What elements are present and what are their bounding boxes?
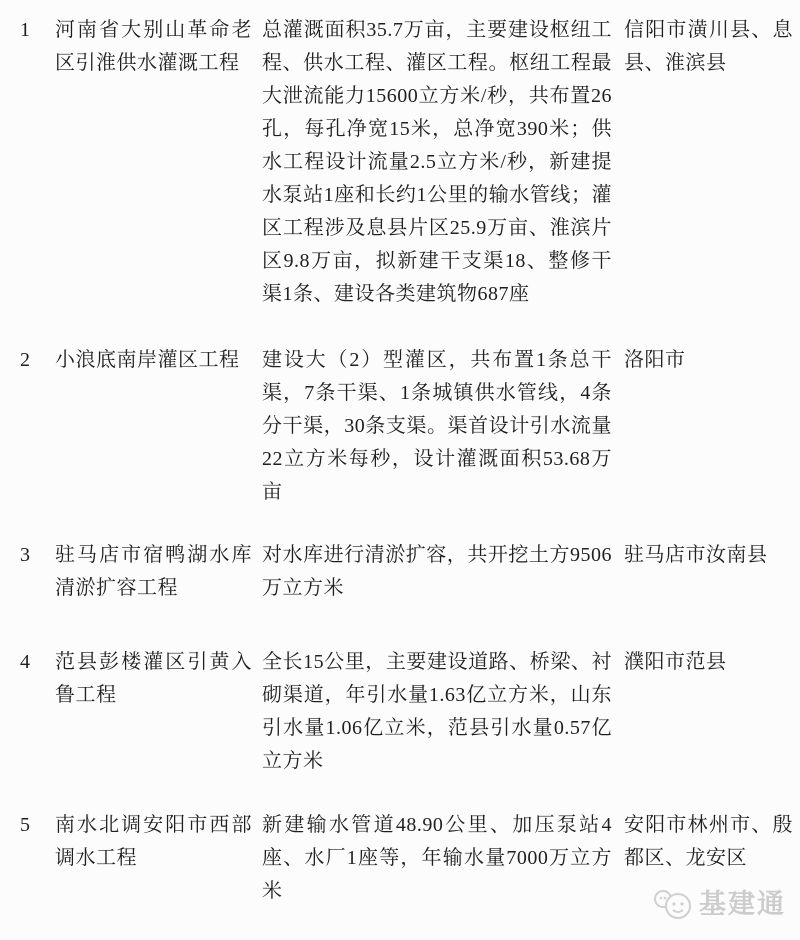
project-location: 濮阳市范县 bbox=[622, 646, 795, 778]
table-row: 2 小浪底南岸灌区工程 建设大（2）型灌区，共布置1条总干渠，7条干渠、1条城镇… bbox=[20, 344, 795, 509]
jijiantong-logo-icon bbox=[652, 887, 694, 921]
project-name: 驻马店市宿鸭湖水库清淤扩容工程 bbox=[55, 539, 262, 605]
table-row: 3 驻马店市宿鸭湖水库清淤扩容工程 对水库进行清淤扩容，共开挖土方9506万立方… bbox=[20, 539, 795, 605]
project-table: 1 河南省大别山革命老区引淮供水灌溉工程 总灌溉面积35.7万亩，主要建设枢纽工… bbox=[0, 0, 800, 908]
watermark: 基建通 bbox=[652, 886, 786, 922]
project-description: 建设大（2）型灌区，共布置1条总干渠，7条干渠、1条城镇供水管线，4条分干渠，3… bbox=[262, 344, 622, 509]
project-description: 对水库进行清淤扩容，共开挖土方9506万立方米 bbox=[262, 539, 622, 605]
row-number: 4 bbox=[20, 646, 55, 778]
table-row: 4 范县彭楼灌区引黄入鲁工程 全长15公里，主要建设道路、桥梁、衬砌渠道，年引水… bbox=[20, 646, 795, 778]
row-number: 5 bbox=[20, 809, 55, 908]
row-number: 2 bbox=[20, 344, 55, 509]
project-name: 小浪底南岸灌区工程 bbox=[55, 344, 262, 509]
row-number: 3 bbox=[20, 539, 55, 605]
project-name: 范县彭楼灌区引黄入鲁工程 bbox=[55, 646, 262, 778]
project-description: 新建输水管道48.90公里、加压泵站4座、水厂1座等，年输水量7000万立方米 bbox=[262, 809, 622, 908]
project-description: 全长15公里，主要建设道路、桥梁、衬砌渠道，年引水量1.63亿立方米，山东引水量… bbox=[262, 646, 622, 778]
project-name: 南水北调安阳市西部调水工程 bbox=[55, 809, 262, 908]
project-name: 河南省大别山革命老区引淮供水灌溉工程 bbox=[55, 14, 262, 311]
project-location: 信阳市潢川县、息县、淮滨县 bbox=[622, 14, 795, 311]
project-location: 驻马店市汝南县 bbox=[622, 539, 795, 605]
project-description: 总灌溉面积35.7万亩，主要建设枢纽工程、供水工程、灌区工程。枢纽工程最大泄流能… bbox=[262, 14, 622, 311]
watermark-text: 基建通 bbox=[699, 886, 786, 922]
table-row: 1 河南省大别山革命老区引淮供水灌溉工程 总灌溉面积35.7万亩，主要建设枢纽工… bbox=[20, 14, 795, 311]
project-location: 洛阳市 bbox=[622, 344, 795, 509]
row-number: 1 bbox=[20, 14, 55, 311]
